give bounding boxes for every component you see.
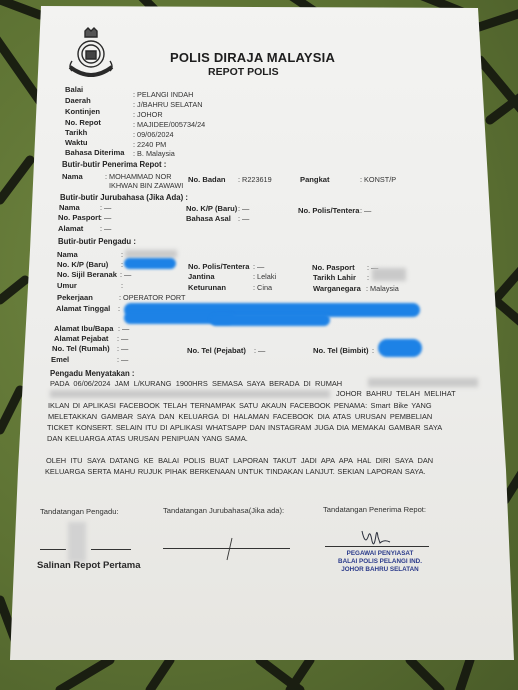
redacted-name	[125, 250, 177, 258]
interpreter-ic-label: No. K/P (Baru)	[186, 204, 237, 213]
complainant-ic-label: No. K/P (Baru)	[57, 260, 108, 269]
label-bahasa-diterima: Bahasa Diterima	[65, 148, 125, 157]
redacted-dob	[372, 268, 406, 281]
statement-section-title: Pengadu Menyatakan :	[50, 369, 135, 378]
police-report-document: POLIS DIRAJA MALAYSIA REPOT POLIS Balai …	[0, 0, 518, 690]
interpreter-signature-mark	[224, 536, 236, 562]
complainant-citizenship-value: : Malaysia	[366, 284, 399, 293]
complainant-police-value: : —	[253, 262, 264, 271]
complainant-passport-label: No. Pasport	[312, 263, 355, 272]
complainant-parent-address-value: : —	[118, 324, 129, 333]
receiver-name-line1: : MOHAMMAD NOR	[105, 172, 171, 181]
statement-line-8: KELUARGA SERTA MAHU RUJUK PIHAK BERKENAA…	[45, 467, 426, 476]
complainant-age-label: Umur	[57, 281, 77, 290]
complainant-signature-label: Tandatangan Pengadu:	[40, 507, 119, 516]
redacted-ic-number	[124, 258, 176, 269]
interpreter-address-label: Alamat	[58, 224, 83, 233]
interpreter-ic-value: : —	[238, 204, 249, 213]
receiver-name-line2: IKHWAN BIN ZAWAWI	[109, 181, 183, 190]
value-tarikh: : 09/06/2024	[133, 130, 174, 139]
interpreter-police-value: : —	[360, 206, 371, 215]
complainant-signature-line-left	[40, 549, 66, 550]
complainant-section-title: Butir-butir Pengadu :	[58, 237, 136, 246]
statement-line-7: OLEH ITU SAYA DATANG KE BALAI POLIS BUAT…	[46, 456, 433, 465]
receiver-badge-label: No. Badan	[188, 175, 226, 184]
complainant-dob-label: Tarikh Lahir	[313, 273, 356, 282]
complainant-age-value: :	[121, 281, 123, 290]
label-balai: Balai	[65, 85, 83, 94]
stamp-line-1: PEGAWAI PENYIASAT	[330, 550, 430, 557]
redacted-house-address	[368, 378, 478, 387]
complainant-gender-label: Jantina	[188, 272, 215, 281]
stamp-line-3: JOHOR BAHRU SELATAN	[330, 566, 430, 573]
redacted-address-3	[210, 314, 330, 326]
complainant-occupation-value: : OPERATOR PORT	[119, 293, 186, 302]
complainant-address-value: :	[118, 304, 120, 313]
complainant-occupation-label: Pekerjaan	[57, 293, 93, 302]
complainant-race-value: : Cina	[253, 283, 272, 292]
label-kontinjen: Kontinjen	[65, 107, 100, 116]
interpreter-language-value: : —	[238, 214, 249, 223]
stamp-line-2: BALAI POLIS PELANGI IND.	[330, 558, 430, 565]
label-tarikh: Tarikh	[65, 128, 87, 137]
interpreter-passport-label: No. Pasport	[58, 213, 101, 222]
value-kontinjen: : JOHOR	[133, 110, 163, 119]
interpreter-signature-label: Tandatangan Jurubahasa(Jika ada):	[163, 506, 284, 515]
complainant-parent-address-label: Alamat Ibu/Bapa	[54, 324, 114, 333]
label-no-repot: No. Repot	[65, 118, 101, 127]
complainant-home-tel-value: : —	[117, 344, 128, 353]
complainant-police-label: No. Polis/Tentera	[188, 262, 249, 271]
complainant-mobile-tel-label: No. Tel (Bimbit)	[313, 346, 369, 355]
value-daerah: : J/BAHRU SELATAN	[133, 100, 202, 109]
complainant-email-label: Emel	[51, 355, 69, 364]
complainant-name-label: Nama	[57, 250, 78, 259]
redacted-house-address-2	[50, 390, 330, 398]
redacted-complainant-signature	[68, 522, 86, 562]
complainant-signature-line-right	[91, 549, 131, 550]
complainant-home-tel-label: No. Tel (Rumah)	[52, 344, 110, 353]
statement-line-2: JOHOR BAHRU TELAH MELIHAT	[336, 389, 456, 398]
receiver-rank-value: : KONST/P	[360, 175, 396, 184]
receiver-name-label: Nama	[62, 172, 83, 181]
organization-title: POLIS DIRAJA MALAYSIA	[170, 50, 335, 65]
royal-malaysia-police-crest-icon	[60, 27, 122, 87]
interpreter-police-label: No. Polis/Tentera	[298, 206, 359, 215]
interpreter-language-label: Bahasa Asal	[186, 214, 231, 223]
value-balai: : PELANGI INDAH	[133, 90, 193, 99]
complainant-office-tel-label: No. Tel (Pejabat)	[187, 346, 246, 355]
complainant-citizenship-label: Warganegara	[313, 284, 361, 293]
label-waktu: Waktu	[65, 138, 88, 147]
complainant-race-label: Keturunan	[188, 283, 226, 292]
interpreter-name-label: Nama	[59, 203, 80, 212]
complainant-mobile-tel-value: :	[372, 346, 374, 355]
statement-line-4: MELETAKKAN GAMBAR SAYA DAN KELUARGA DI H…	[48, 412, 432, 421]
complainant-name-value: :	[121, 250, 123, 259]
complainant-office-tel-value: : —	[254, 346, 265, 355]
copy-label: Salinan Repot Pertama	[37, 560, 140, 571]
receiver-signature-label: Tandatangan Penerima Repot:	[323, 505, 426, 514]
document-title: REPOT POLIS	[208, 66, 279, 78]
complainant-dob-value: :	[367, 273, 369, 282]
receiver-section-title: Butir-butir Penerima Repot :	[62, 160, 166, 169]
complainant-gender-value: : Lelaki	[253, 272, 276, 281]
interpreter-name-value: : —	[100, 203, 111, 212]
value-bahasa-diterima: : B. Malaysia	[133, 149, 175, 158]
receiver-badge-value: : R223619	[238, 175, 272, 184]
value-no-repot: : MAJIDEE/005734/24	[133, 120, 205, 129]
complainant-ic-value: :	[121, 260, 123, 269]
complainant-birthcert-value: : —	[120, 270, 131, 279]
complainant-birthcert-label: No. Sijil Beranak	[57, 270, 117, 279]
complainant-address-label: Alamat Tinggal	[56, 304, 110, 313]
value-waktu: : 2240 PM	[133, 140, 166, 149]
interpreter-section-title: Butir-butir Jurubahasa (Jika Ada) :	[60, 193, 188, 202]
label-daerah: Daerah	[65, 96, 91, 105]
complainant-office-address-value: : —	[117, 334, 128, 343]
interpreter-passport-value: : —	[100, 213, 111, 222]
complainant-email-value: : —	[117, 355, 128, 364]
redacted-mobile-number	[378, 339, 422, 357]
receiver-signature-icon	[360, 527, 394, 549]
interpreter-address-value: : —	[100, 224, 111, 233]
complainant-office-address-label: Alamat Pejabat	[54, 334, 108, 343]
receiver-rank-label: Pangkat	[300, 175, 330, 184]
statement-line-3: IKLAN DI APLIKASI FACEBOOK TELAH TERNAMP…	[48, 401, 432, 410]
statement-line-5: TICKET KONSERT. SELAIN ITU DI APLIKASI W…	[47, 423, 442, 432]
statement-line-1: PADA 06/06/2024 JAM L/KURANG 1900HRS SEM…	[50, 379, 342, 388]
statement-line-6: DAN KELUARGA ATAS URUSAN PENIPUAN YANG S…	[47, 434, 248, 443]
